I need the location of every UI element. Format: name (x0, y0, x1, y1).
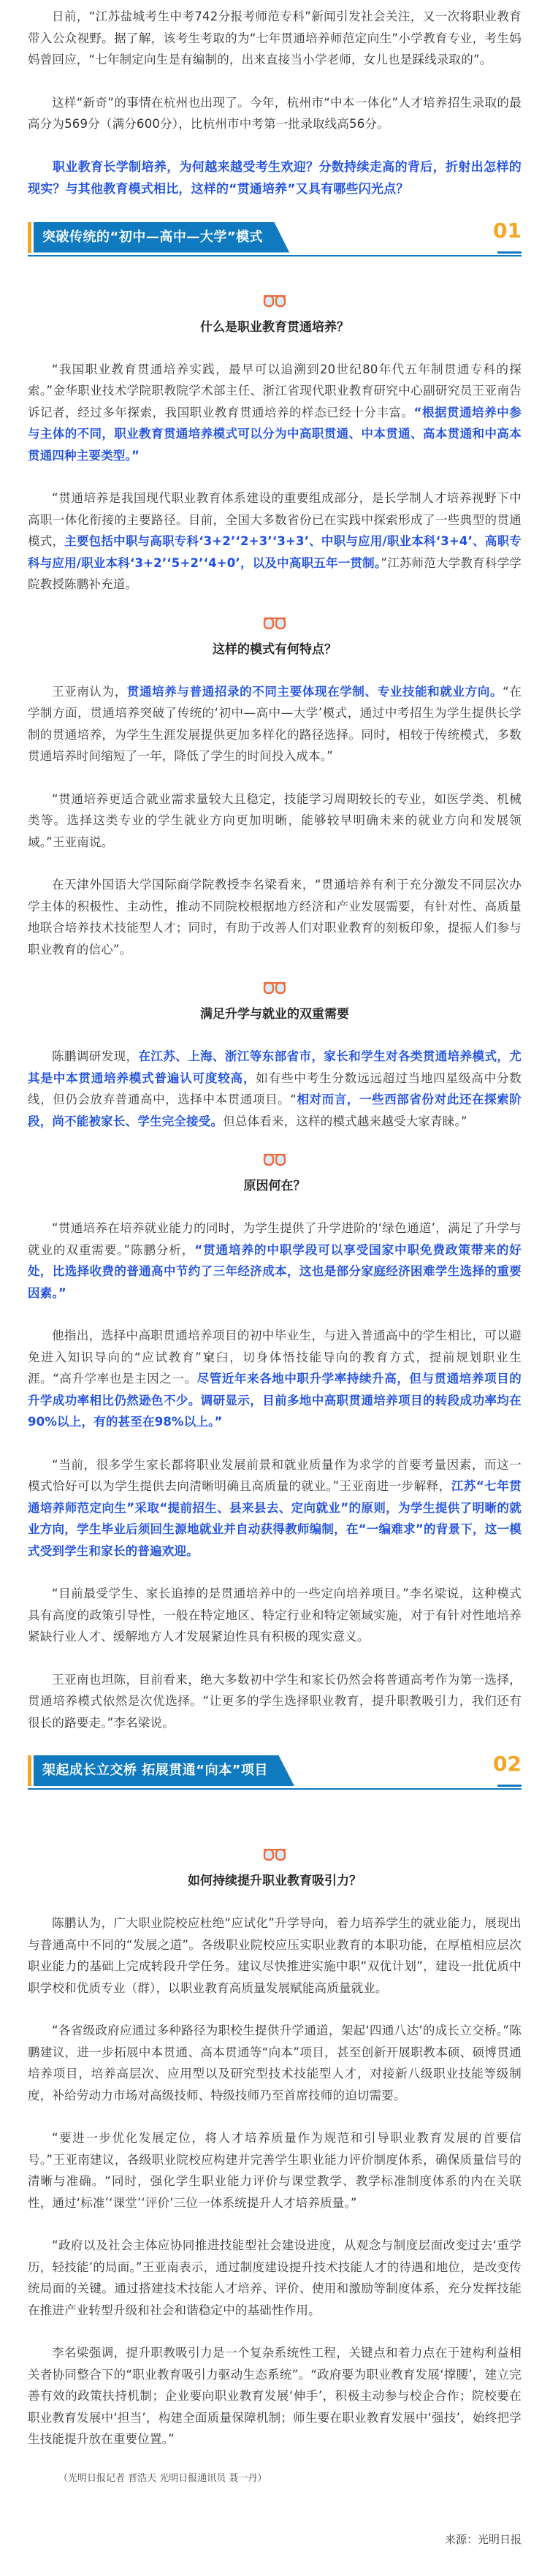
body-paragraph: 在天津外国语大学国际商学院教授李名梁看来，“贯通培养有利于充分激发不同层次办学主… (28, 874, 522, 960)
section-title: 架起成长立交桥 拓展贯通“向本”项目 (34, 1755, 294, 1786)
body-paragraph: “政府以及社会主体应协同推进技能型社会建设进度，从观念与制度层面改变过去‘重学历… (28, 2235, 522, 2321)
subsection-heading: 这样的模式有何特点？ (28, 617, 522, 659)
subsection-heading: 满足升学与就业的双重需要 (28, 981, 522, 1024)
section-title: 突破传统的“初中—高中—大学”模式 (34, 222, 289, 253)
body-paragraph: 陈鹏调研发现，在江苏、上海、浙江等东部省市，家长和学生对各类贯通培养模式，尤其是… (28, 1046, 522, 1132)
lead-question: 职业教育长学制培养，为何越来越受考生欢迎？分数持续走高的背后，折射出怎样的现实？… (28, 156, 522, 200)
section-number: 01 (493, 219, 522, 243)
body-paragraph: “贯通培养是我国现代职业教育体系建设的重要组成部分，是长学制人才培养视野下中高职… (28, 487, 522, 596)
subsection-title: 这样的模式有何特点？ (28, 640, 522, 659)
body-paragraph: “贯通培养更适合就业需求量较大且稳定，技能学习周期较长的专业，如医学类、机械类等… (28, 789, 522, 854)
body-paragraph: “要进一步优化发展定位，将人才培养质量作为规范和引导职业教育发展的首要信号。”王… (28, 2127, 522, 2214)
glasses-icon (263, 295, 286, 308)
glasses-icon (263, 617, 286, 630)
body-paragraph: 他指出，选择中高职贯通培养项目的初中毕业生，与进入普通高中的学生相比，可以避免进… (28, 1325, 522, 1433)
intro-paragraph-1: 日前，“江苏盐城考生中考742分报考师范专科”新闻引发社会关注，又一次将职业教育… (28, 6, 522, 71)
glasses-icon (263, 981, 286, 995)
body-paragraph: “各省级政府应通过多种路径为职校生提供升学通道，架起‘四通八达’的成长立交桥。”… (28, 2020, 522, 2106)
subsection-title: 满足升学与就业的双重需要 (28, 1005, 522, 1024)
body-paragraph: “我国职业教育贯通培养实践，最早可以追溯到20世纪80年代五年制贯通专科的探索。… (28, 359, 522, 467)
source-credit: 来源：光明日报 (28, 2531, 522, 2547)
body-paragraph: “贯通培养在培养就业能力的同时，为学生提供了升学进阶的‘绿色通道’，满足了升学与… (28, 1217, 522, 1304)
byline: （光明日报记者 晋浩天 光明日报通讯员 聂一丹） (28, 2471, 522, 2486)
subsection-title: 什么是职业教育贯通培养？ (28, 318, 522, 337)
intro-paragraph-2: 这样“新奇”的事情在杭州也出现了。今年，杭州市“中本一体化”人才培养招生录取的最… (28, 92, 522, 135)
section-header-01: 突破传统的“初中—高中—大学”模式 01 (28, 221, 522, 257)
body-paragraph: “目前最受学生、家长追捧的是贯通培养中的一些定向培养项目。”李名梁说，这种模式具… (28, 1583, 522, 1648)
body-paragraph: 陈鹏认为，广大职业院校应杜绝“应试化”升学导向，着力培养学生的就业能力，展现出与… (28, 1912, 522, 1999)
subsection-title: 如何持续提升职业教育吸引力？ (28, 1872, 522, 1891)
subsection-heading: 原因何在？ (28, 1153, 522, 1196)
section-number-underline (497, 251, 522, 254)
glasses-icon (263, 1153, 286, 1166)
section-accent-bar (28, 1755, 31, 1786)
subsection-heading: 什么是职业教育贯通培养？ (28, 295, 522, 337)
body-paragraph: 王亚南也坦陈，目前看来，绝大多数初中学生和家长仍然会将普通高考作为第一选择，贯通… (28, 1669, 522, 1734)
body-paragraph: “当前，很多学生家长都将职业发展前景和就业质量作为求学的首要考量因素，而这一模式… (28, 1454, 522, 1562)
section-number-underline (497, 1785, 522, 1787)
subsection-heading: 如何持续提升职业教育吸引力？ (28, 1848, 522, 1891)
subsection-title: 原因何在？ (28, 1177, 522, 1196)
glasses-icon (263, 1848, 286, 1861)
section-number: 02 (493, 1752, 522, 1777)
body-paragraph: 王亚南认为，贯通培养与普通招录的不同主要体现在学制、专业技能和就业方向。“在学制… (28, 681, 522, 767)
article: 日前，“江苏盐城考生中考742分报考师范专科”新闻引发社会关注，又一次将职业教育… (0, 0, 550, 2576)
body-paragraph: 李名梁强调，提升职教吸引力是一个复杂系统性工程，关键点和着力点在于建构利益相关者… (28, 2342, 522, 2450)
section-header-02: 架起成长立交桥 拓展贯通“向本”项目 02 (28, 1755, 522, 1790)
section-accent-bar (28, 222, 31, 253)
